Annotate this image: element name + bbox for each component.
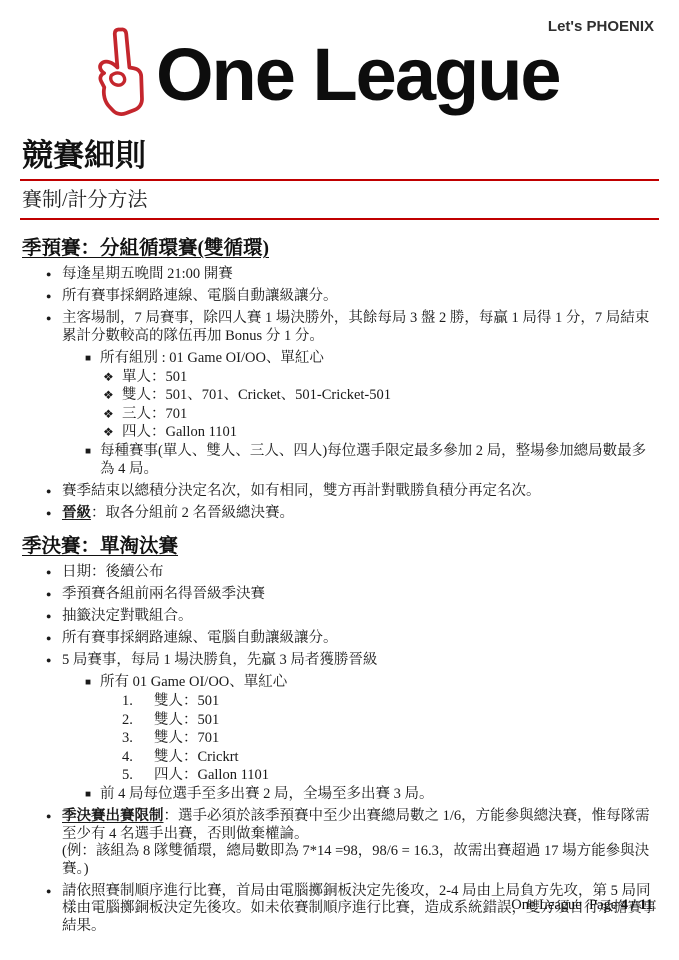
- page-title: 競賽細則: [22, 136, 657, 176]
- section-heading: 季預賽：分組循環賽(雙循環): [22, 232, 657, 260]
- square-marker: ■: [85, 350, 100, 368]
- list-item-text: 季決賽出賽限制：選手必須於該季預賽中至少出賽總局數之 1/6，方能參與總決賽，惟…: [62, 808, 657, 878]
- list-item-text: 雙人：501: [154, 712, 657, 730]
- diamond-marker: ❖: [103, 406, 122, 424]
- section-heading: 季決賽：單淘汰賽: [22, 530, 657, 558]
- list-item: 1.雙人：501: [22, 693, 657, 711]
- list-item-text: 晉級：取各分組前 2 名晉級總決賽。: [62, 505, 657, 523]
- bullet-marker: ●: [46, 630, 62, 648]
- list-item: ●所有賽事採網路連線、電腦自動讓級讓分。: [22, 288, 657, 306]
- bullet-marker: ●: [46, 310, 62, 345]
- list-item-lead: 季決賽出賽限制: [62, 808, 164, 824]
- list-item-text: 日期：後續公布: [62, 564, 657, 582]
- list-item-text: 賽季結束以總積分決定名次，如有相同，雙方再計對戰勝負積分再定名次。: [62, 483, 657, 501]
- list-item-text: 雙人：701: [154, 730, 657, 748]
- list-item: ■每種賽事(單人、雙人、三人、四人)每位選手限定最多參加 2 局，整場參加總局數…: [22, 443, 657, 478]
- list-item-text: 所有賽事採網路連線、電腦自動讓級讓分。: [62, 630, 657, 648]
- list-item-text: 雙人：Crickrt: [154, 749, 657, 767]
- list-item-text: 四人：Gallon 1101: [154, 767, 657, 785]
- list-item: ❖三人：701: [22, 406, 657, 424]
- one-finger-hand-icon: [86, 22, 146, 128]
- list-item: ❖雙人：501、701、Cricket、501-Cricket-501: [22, 387, 657, 405]
- list-item: ●主客場制，7 局賽事，除四人賽 1 場決勝外，其餘每局 3 盤 2 勝，每贏 …: [22, 310, 657, 345]
- number-marker: 5.: [122, 767, 154, 785]
- list-item: 3.雙人：701: [22, 730, 657, 748]
- bullet-marker: ●: [46, 608, 62, 626]
- document-page: Let's PHOENIX One League 競賽細則 賽制/計分方法 季預…: [0, 0, 679, 960]
- list-item-note: (例：該組為 8 隊雙循環，總局數即為 7*14 =98，98/6 = 16.3…: [62, 843, 657, 878]
- list-item: ●季決賽出賽限制：選手必須於該季預賽中至少出賽總局數之 1/6，方能參與總決賽，…: [22, 808, 657, 878]
- footer-page-label: Page: [589, 897, 617, 913]
- list-item-text: 每逢星期五晚間 21:00 開賽: [62, 266, 657, 284]
- bullet-marker: ●: [46, 483, 62, 501]
- page-footer: One League Page 4 / 11: [511, 897, 653, 914]
- square-marker: ■: [85, 674, 100, 692]
- list-item: ●5 局賽事，每局 1 場決勝負，先贏 3 局者獲勝晉級: [22, 652, 657, 670]
- list-item-text: 季預賽各組前兩名得晉級季決賽: [62, 586, 657, 604]
- list-item: ■所有 01 Game OI/OO、單紅心: [22, 674, 657, 692]
- section-subtitle: 賽制/計分方法: [22, 187, 657, 213]
- list-item-lead: 晉級: [62, 505, 91, 521]
- diamond-marker: ❖: [103, 387, 122, 405]
- footer-brand: One League: [511, 897, 581, 913]
- bullet-marker: ●: [46, 288, 62, 306]
- number-marker: 1.: [122, 693, 154, 711]
- number-marker: 3.: [122, 730, 154, 748]
- list-item-text: 三人：701: [122, 406, 657, 424]
- list-item: ❖單人：501: [22, 369, 657, 387]
- list-item-text: 四人：Gallon 1101: [122, 424, 657, 442]
- list-item-text: 所有賽事採網路連線、電腦自動讓級讓分。: [62, 288, 657, 306]
- number-marker: 4.: [122, 749, 154, 767]
- list-item-text: 主客場制，7 局賽事，除四人賽 1 場決勝外，其餘每局 3 盤 2 勝，每贏 1…: [62, 310, 657, 345]
- bullet-marker: ●: [46, 266, 62, 284]
- number-marker: 2.: [122, 712, 154, 730]
- square-marker: ■: [85, 443, 100, 478]
- list-item: ●每逢星期五晚間 21:00 開賽: [22, 266, 657, 284]
- list-item: 2.雙人：501: [22, 712, 657, 730]
- list-item-text: 所有 01 Game OI/OO、單紅心: [100, 674, 657, 692]
- list-item: 4.雙人：Crickrt: [22, 749, 657, 767]
- list-item: ■所有組別 : 01 Game OI/OO、單紅心: [22, 350, 657, 368]
- list-item: ●所有賽事採網路連線、電腦自動讓級讓分。: [22, 630, 657, 648]
- list-item: ●晉級：取各分組前 2 名晉級總決賽。: [22, 505, 657, 523]
- list-item: 5.四人：Gallon 1101: [22, 767, 657, 785]
- list-item-text: 所有組別 : 01 Game OI/OO、單紅心: [100, 350, 657, 368]
- list-item-text: 雙人：501: [154, 693, 657, 711]
- list-item: ❖四人：Gallon 1101: [22, 424, 657, 442]
- red-divider-top: [20, 179, 659, 181]
- list-item: ●日期：後續公布: [22, 564, 657, 582]
- list-item: ●抽籤決定對戰組合。: [22, 608, 657, 626]
- bullet-marker: ●: [46, 505, 62, 523]
- list-item-text: 前 4 局每位選手至多出賽 2 局，全場至多出賽 3 局。: [100, 786, 657, 804]
- logo-text: One League: [156, 40, 560, 110]
- list-item-text: 每種賽事(單人、雙人、三人、四人)每位選手限定最多參加 2 局，整場參加總局數最…: [100, 443, 657, 478]
- list-item-text: 單人：501: [122, 369, 657, 387]
- square-marker: ■: [85, 786, 100, 804]
- list-item: ●賽季結束以總積分決定名次，如有相同，雙方再計對戰勝負積分再定名次。: [22, 483, 657, 501]
- bullet-marker: ●: [46, 808, 62, 878]
- footer-page-number: 4 / 11: [621, 897, 653, 913]
- rules-sections: 季預賽：分組循環賽(雙循環)●每逢星期五晚間 21:00 開賽●所有賽事採網路連…: [0, 220, 679, 935]
- bullet-marker: ●: [46, 652, 62, 670]
- brand-tagline: Let's PHOENIX: [548, 18, 654, 35]
- list-item-text: 抽籤決定對戰組合。: [62, 608, 657, 626]
- list-item-text: 5 局賽事，每局 1 場決勝負，先贏 3 局者獲勝晉級: [62, 652, 657, 670]
- list-item: ●季預賽各組前兩名得晉級季決賽: [22, 586, 657, 604]
- list-item: ■前 4 局每位選手至多出賽 2 局，全場至多出賽 3 局。: [22, 786, 657, 804]
- bullet-marker: ●: [46, 883, 62, 936]
- diamond-marker: ❖: [103, 424, 122, 442]
- bullet-marker: ●: [46, 564, 62, 582]
- diamond-marker: ❖: [103, 369, 122, 387]
- list-item-text: 雙人：501、701、Cricket、501-Cricket-501: [122, 387, 657, 405]
- bullet-marker: ●: [46, 586, 62, 604]
